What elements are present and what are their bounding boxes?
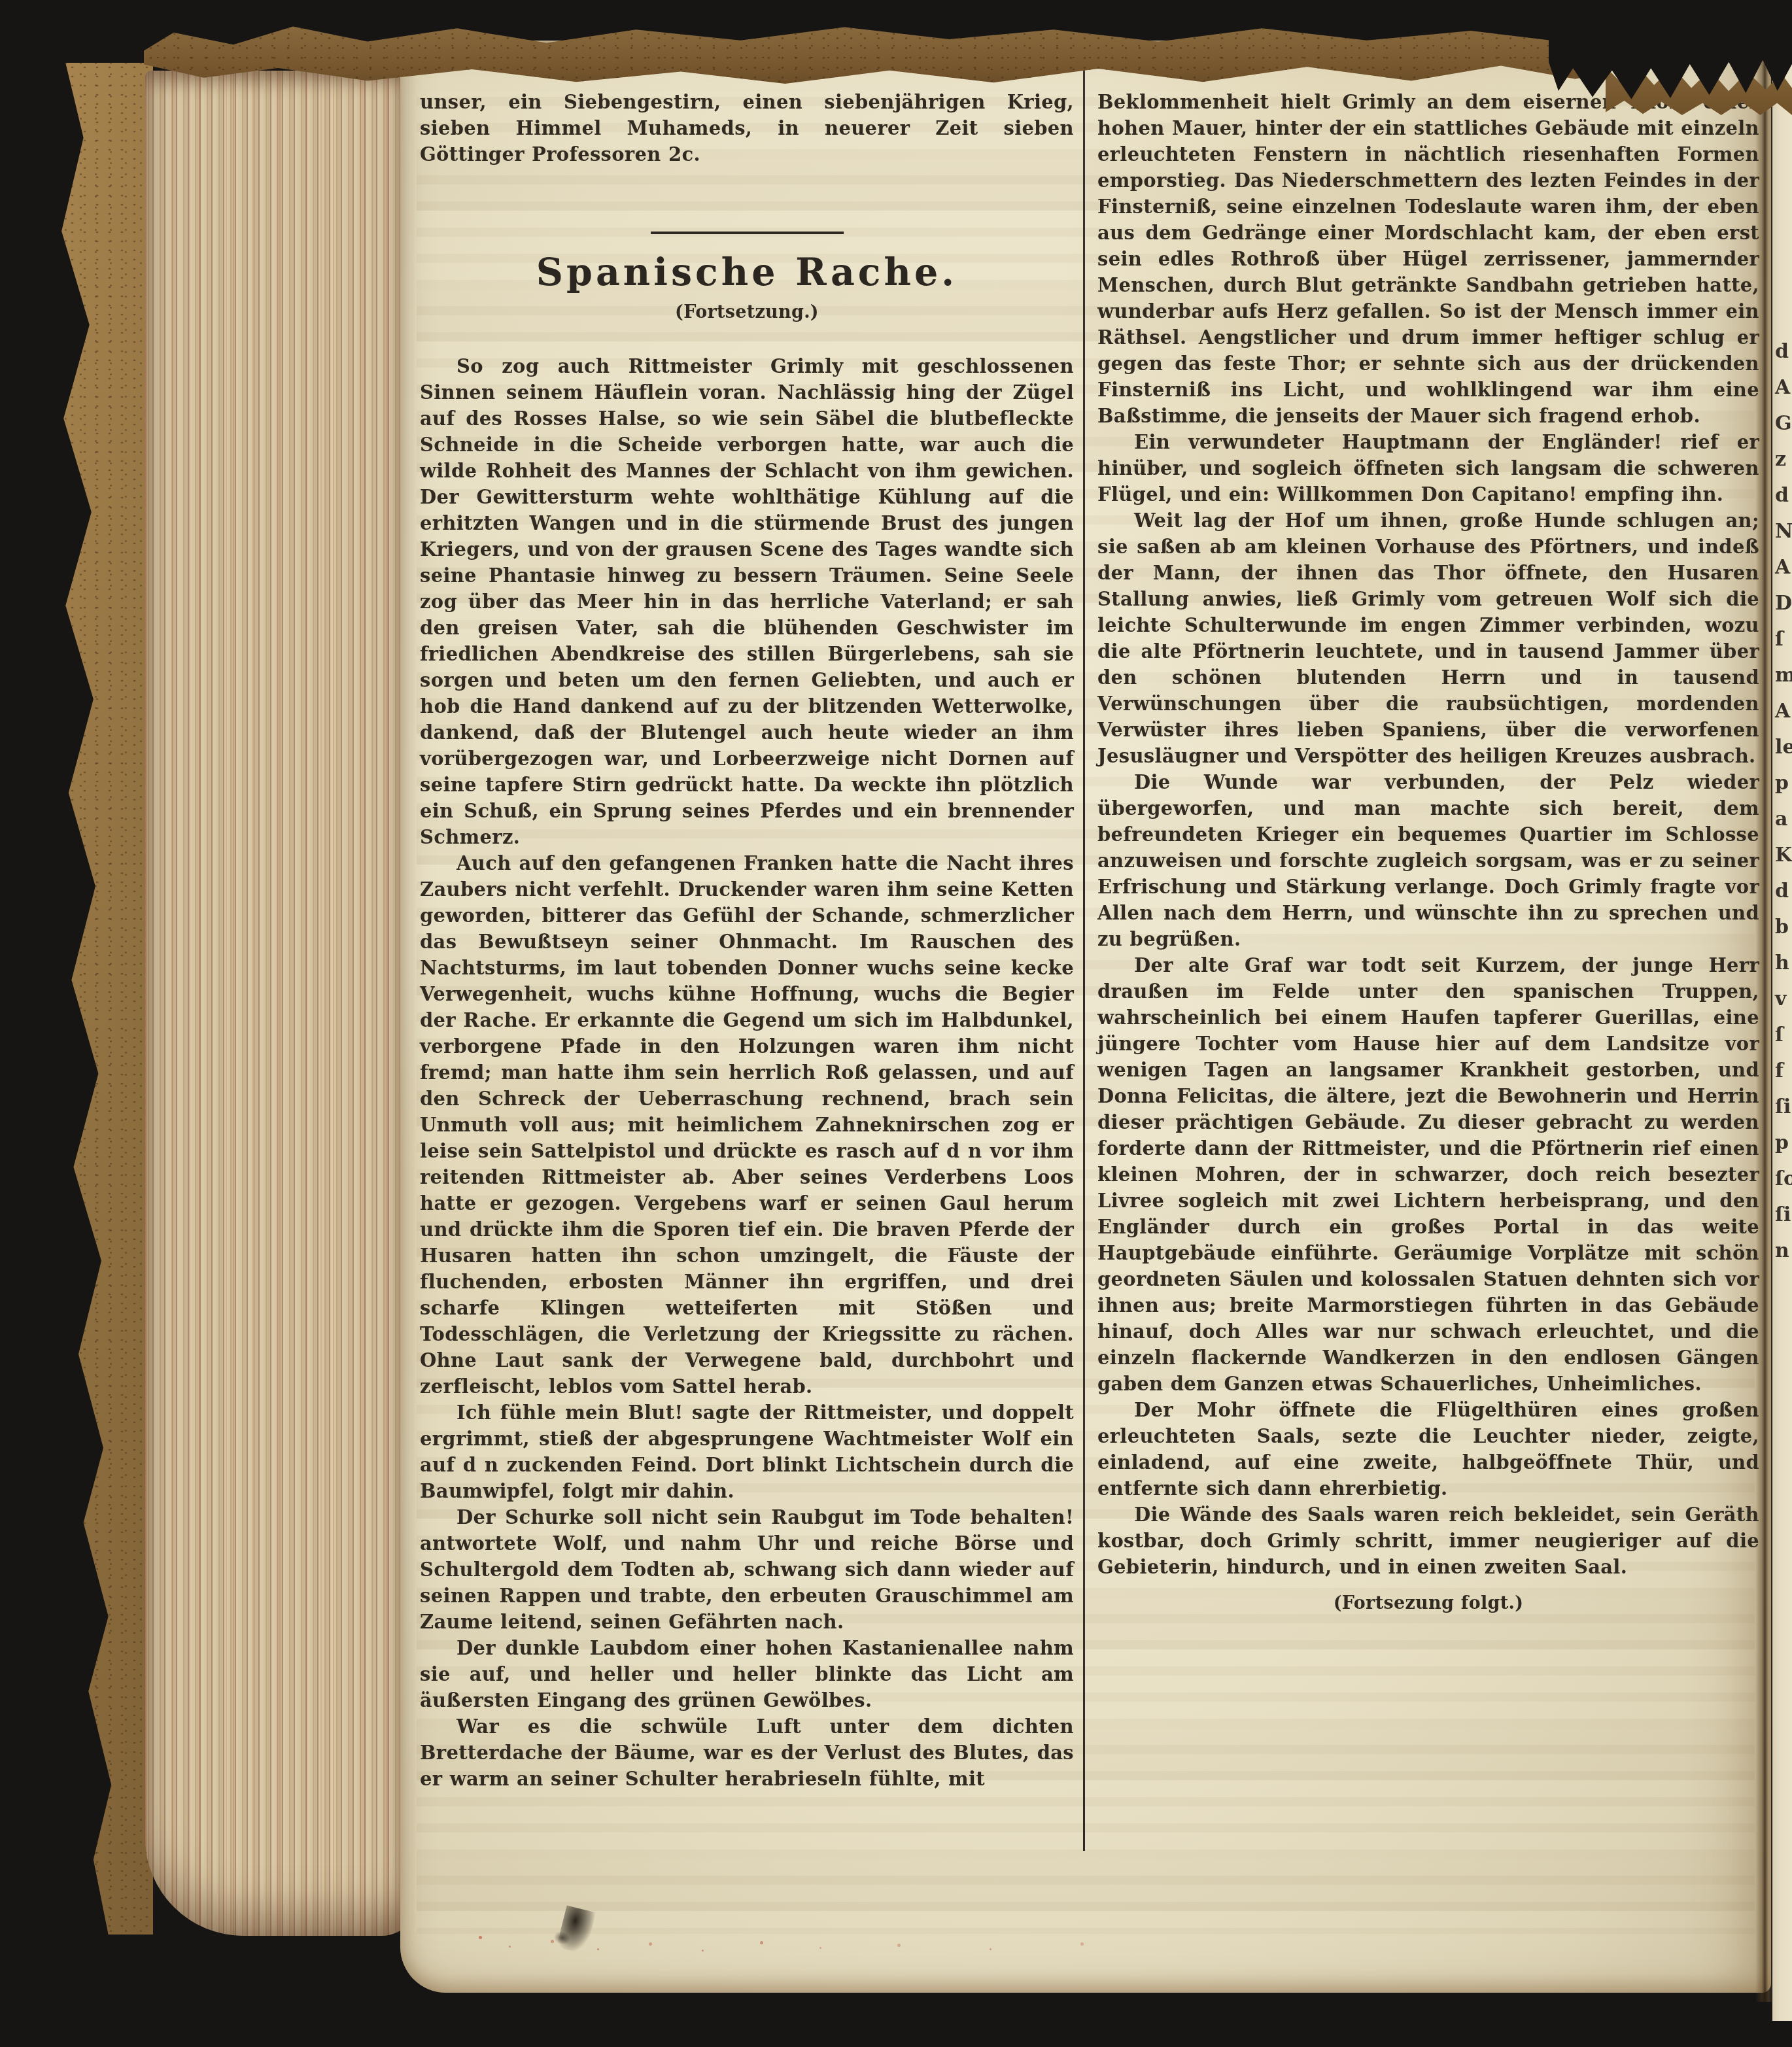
paragraph: So zog auch Rittmeister Grimly mit gesch…: [420, 353, 1074, 850]
next-page-text-fragments: d A G z d N A D ſ m A le p a K d b h v ſ…: [1775, 334, 1792, 1269]
red-edge-speckles: [479, 1936, 482, 1939]
carryover-text: unser, ein Siebengestirn, einen siebenjä…: [420, 89, 1074, 167]
paragraph: Weit lag der Hof um ihnen, große Hunde s…: [1097, 507, 1759, 769]
paragraph: Auch auf den gefangenen Franken hatte di…: [420, 850, 1074, 1400]
article-subtitle: (Fortsetzung.): [420, 300, 1074, 326]
paragraph: Der alte Graf war todt seit Kurzem, der …: [1097, 952, 1759, 1397]
page-stack-fore-edge: [145, 71, 420, 1936]
book-scan: unser, ein Siebengestirn, einen siebenjä…: [0, 0, 1792, 2047]
paragraph: Der dunkle Laubdom einer hohen Kastanien…: [420, 1635, 1074, 1713]
paragraph: Der Mohr öffnete die Flügelthüren eines …: [1097, 1397, 1759, 1502]
paragraph: War es die schwüle Luft unter dem dichte…: [420, 1713, 1074, 1792]
paragraph: Die Wände des Saals waren reich bekleide…: [1097, 1502, 1759, 1580]
paragraph: Ich fühle mein Blut! sagte der Rittmeist…: [420, 1400, 1074, 1504]
article-title: Spanische Rache.: [420, 251, 1074, 294]
book-page: unser, ein Siebengestirn, einen siebenjä…: [400, 41, 1771, 1993]
paragraph: Die Wunde war verbunden, der Pelz wieder…: [1097, 769, 1759, 952]
carryover-paragraph: unser, ein Siebengestirn, einen siebenjä…: [420, 89, 1074, 167]
gutter-crease: [1755, 43, 1774, 2002]
paragraph: Der Schurke soll nicht sein Raubgut im T…: [420, 1504, 1074, 1635]
ink-smudge: [557, 1905, 596, 1954]
paragraph: Ein verwundeter Hauptmann der Engländer!…: [1097, 429, 1759, 507]
book-cover-left-edge: [54, 63, 153, 1935]
column-divider-rule: [1083, 46, 1085, 1851]
right-column: Beklommenheit hielt Grimly an dem eisern…: [1097, 89, 1759, 1617]
continuation-note: (Fortsezung folgt.): [1097, 1591, 1759, 1617]
left-column: unser, ein Siebengestirn, einen siebenjä…: [420, 89, 1074, 1792]
next-page-sliver: d A G z d N A D ſ m A le p a K d b h v ſ…: [1772, 26, 1792, 2021]
paragraph: Beklommenheit hielt Grimly an dem eisern…: [1097, 89, 1759, 429]
section-divider-rule: [651, 232, 844, 234]
